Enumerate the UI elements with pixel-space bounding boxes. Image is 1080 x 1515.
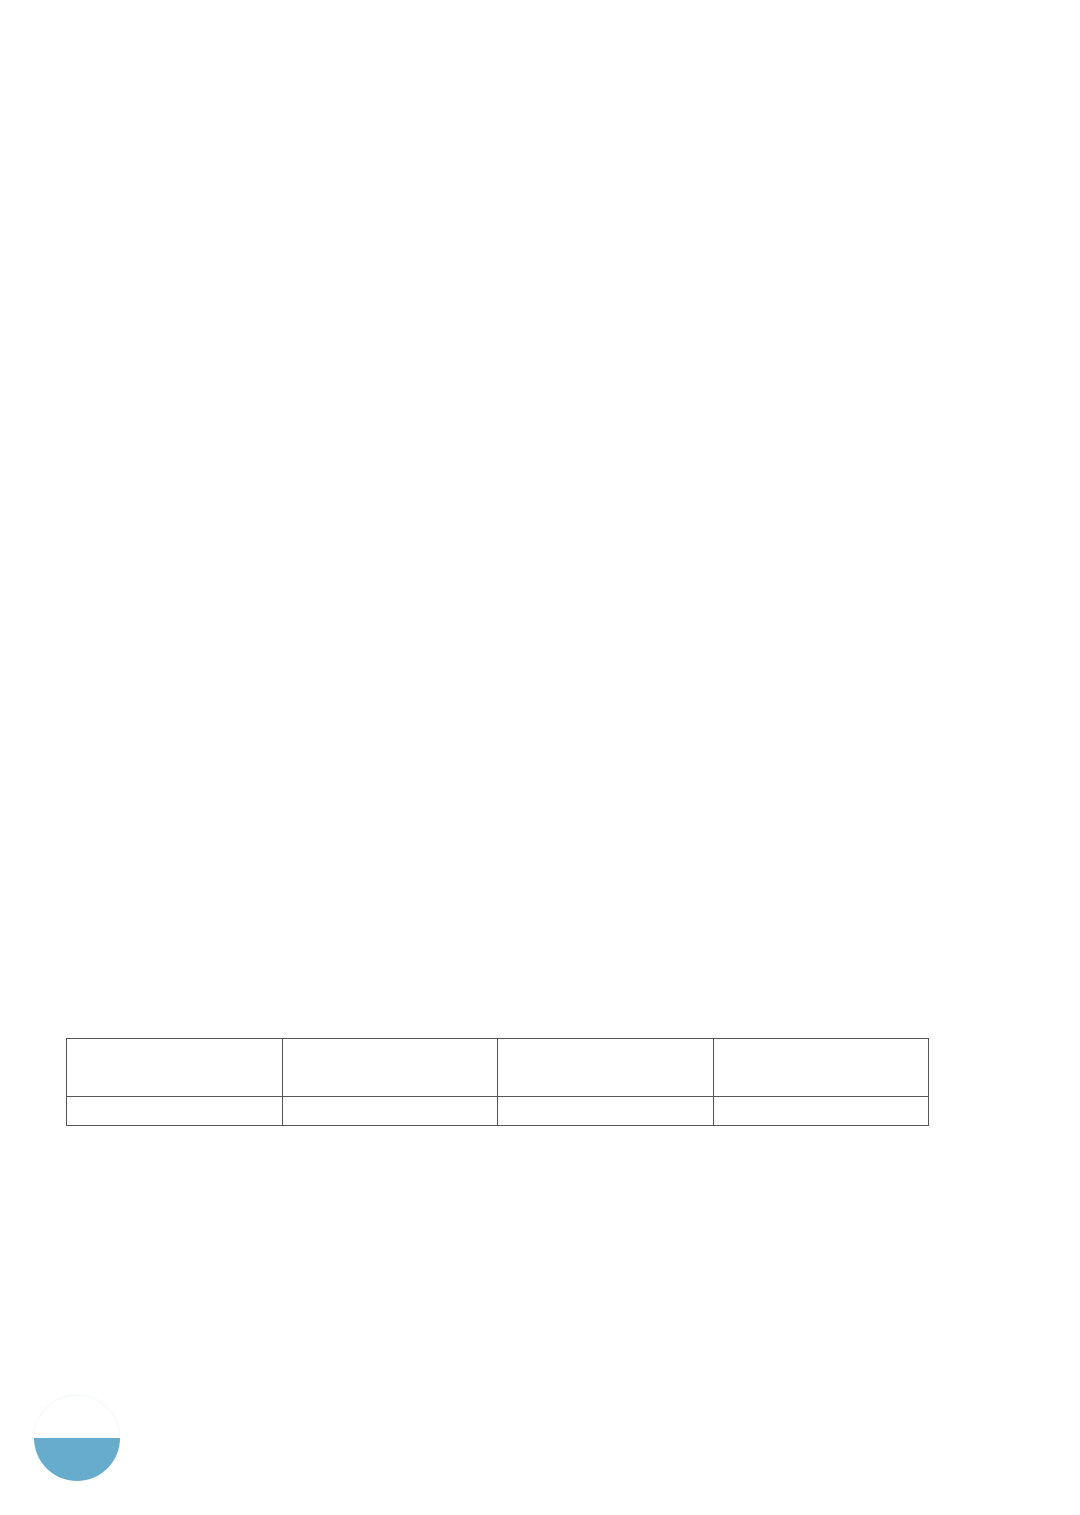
interpretation-header-cell: [713, 1039, 929, 1097]
question-38: [77, 218, 141, 247]
interpretation-header-cell: [282, 1039, 498, 1097]
interpretation-header-row: [67, 1039, 929, 1097]
interpretation-header-cell: [67, 1039, 283, 1097]
interpretation-value-cell: [713, 1097, 929, 1126]
interpretation-header-cell: [498, 1039, 714, 1097]
watermark: [0, 1360, 1080, 1515]
interpretation-table: [66, 1038, 929, 1126]
method-description: [77, 1271, 919, 1300]
interpretation-value-cell: [67, 1097, 283, 1126]
sun-logo-icon: [0, 1360, 1080, 1515]
question-37: [77, 131, 141, 160]
interpretation-values-row: [67, 1097, 929, 1126]
interpretation-value-cell: [282, 1097, 498, 1126]
interpretation-value-cell: [498, 1097, 714, 1126]
method-duration: [77, 1329, 919, 1358]
